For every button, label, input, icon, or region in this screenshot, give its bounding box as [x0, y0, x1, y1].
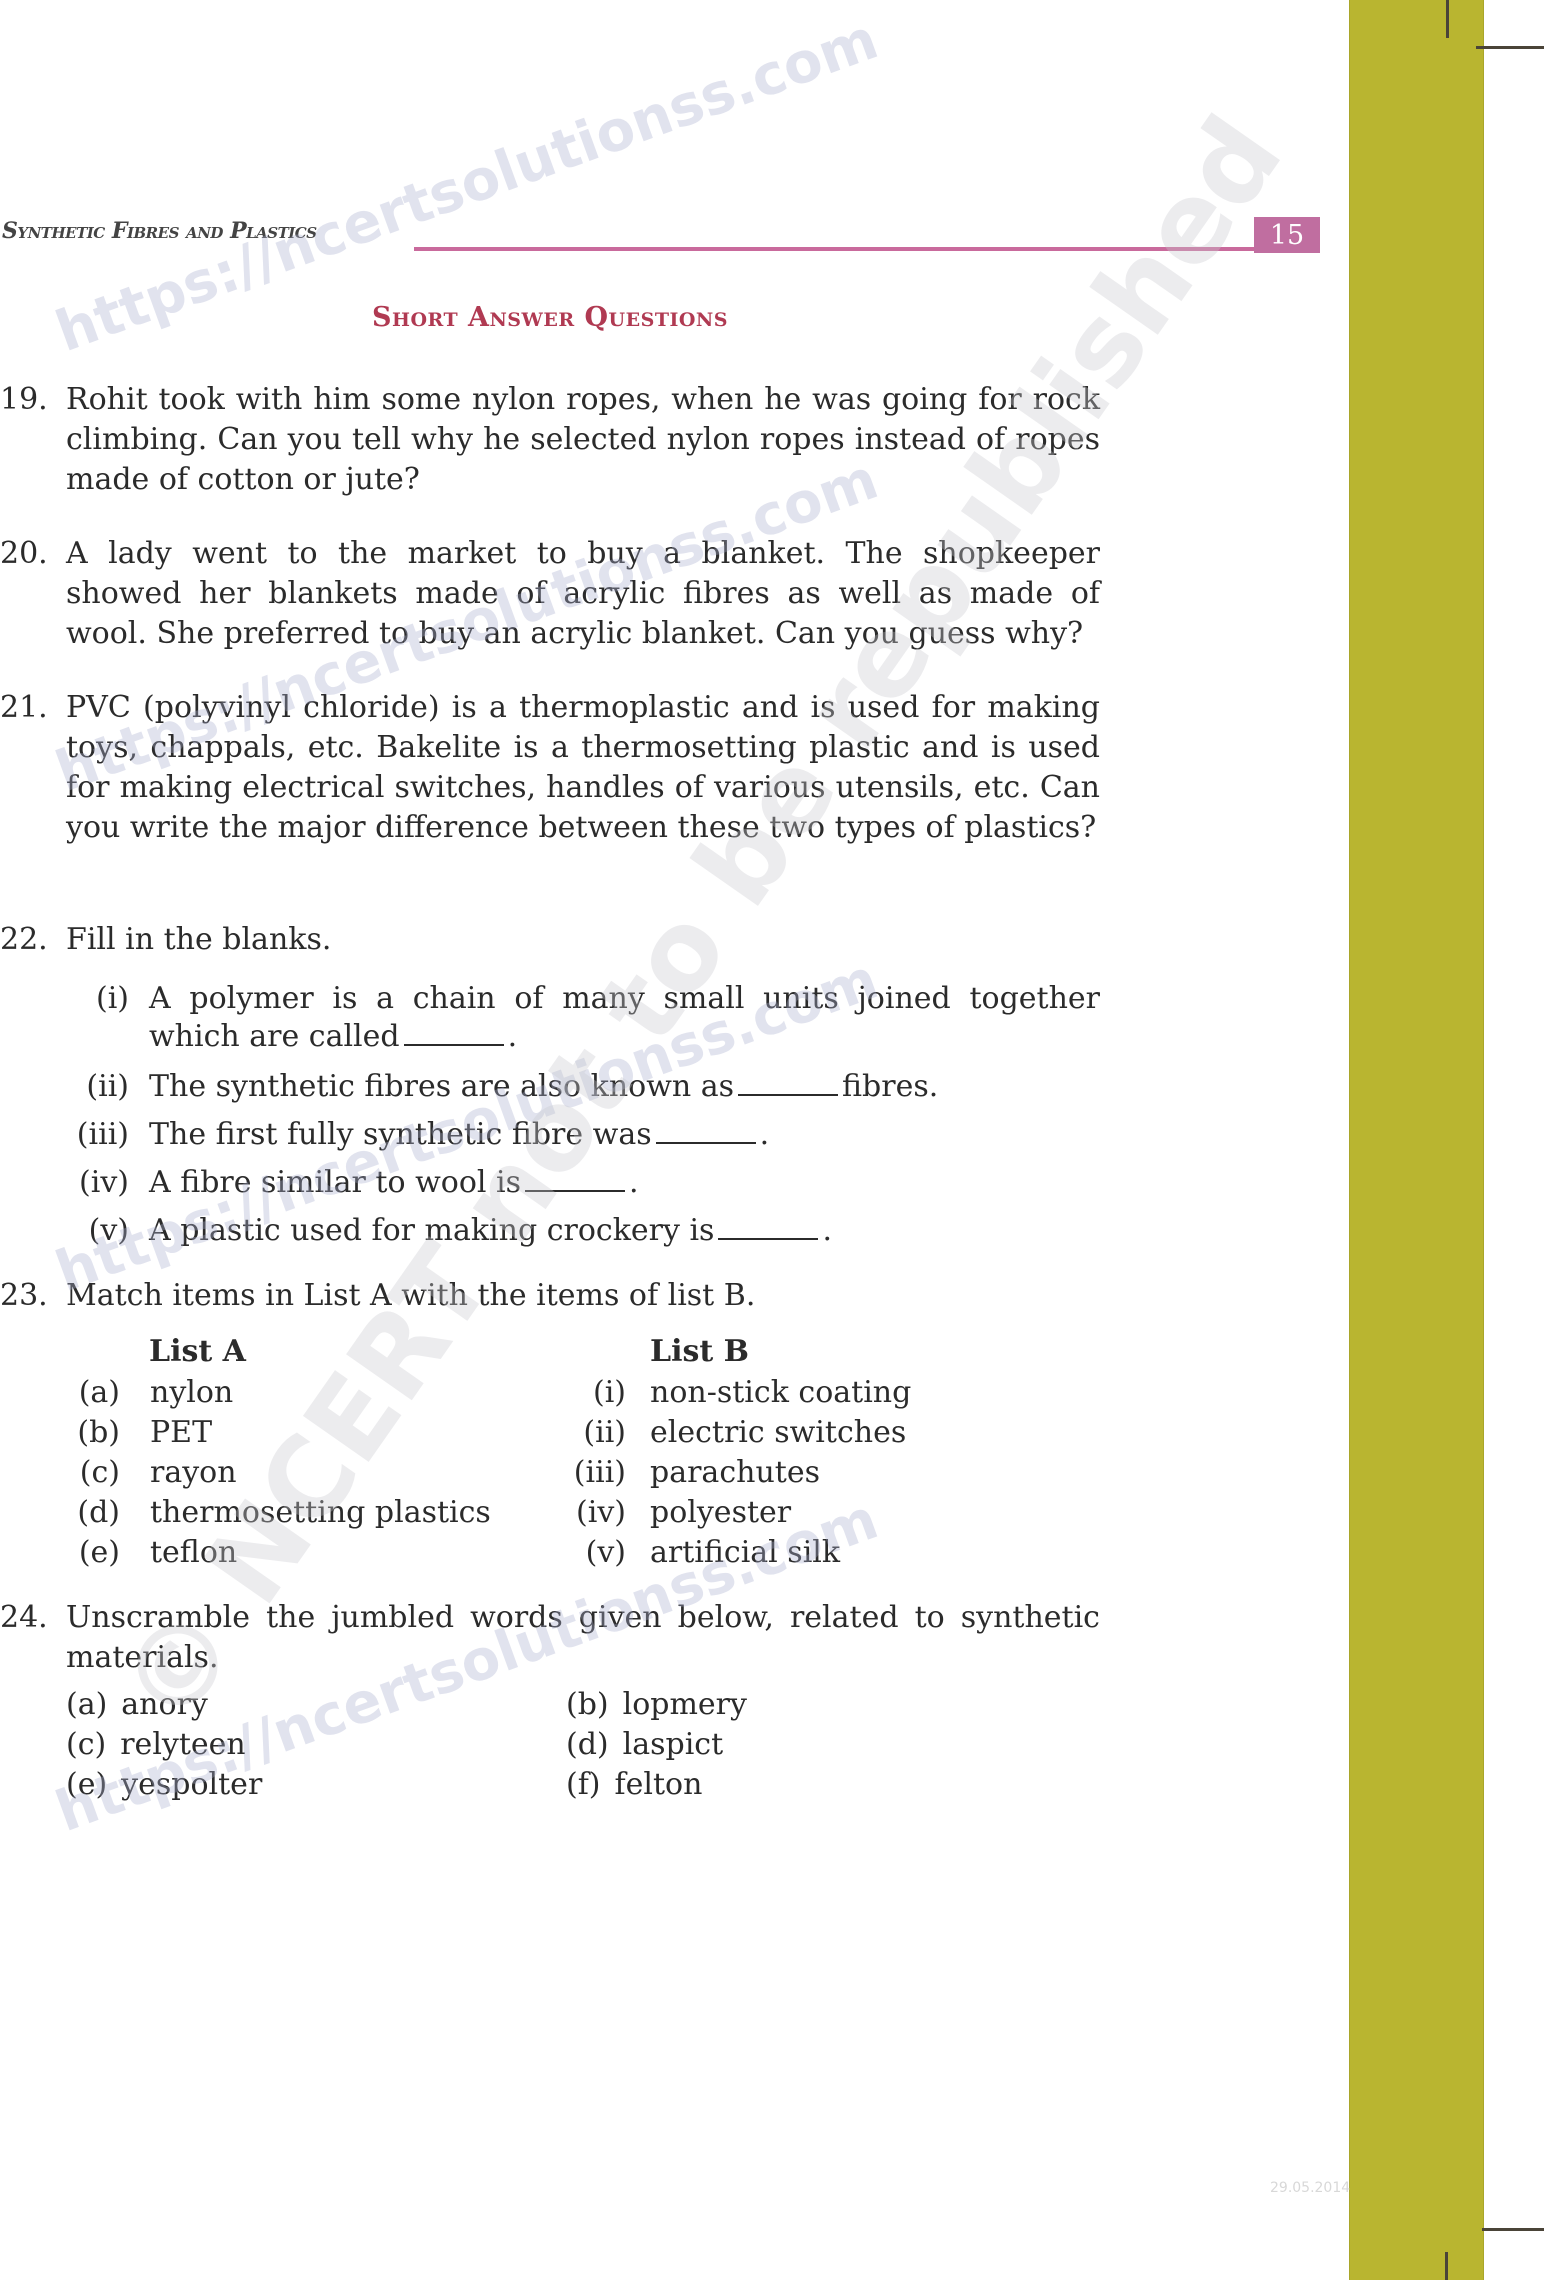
list-a-title: List A — [149, 1334, 246, 1369]
question-text: Fill in the blanks. — [66, 920, 1100, 960]
item-label: (v) — [89, 1212, 129, 1250]
list-b-item: (iv)polyester — [560, 1494, 791, 1532]
item-label: (c) — [66, 1727, 106, 1762]
item-text-end: . — [629, 1165, 639, 1200]
item-label: (iii) — [560, 1454, 626, 1492]
crop-mark — [1446, 0, 1449, 38]
question-text: A lady went to the market to buy a blank… — [66, 534, 1100, 654]
list-a-item: (d)thermosetting plastics — [70, 1494, 491, 1532]
question-text: Match items in List A with the items of … — [66, 1276, 1100, 1316]
crop-mark — [1482, 2228, 1544, 2231]
item-label: (d) — [566, 1727, 609, 1762]
page-number: 15 — [1254, 217, 1320, 253]
item-text: non-stick coating — [650, 1375, 911, 1410]
question-number: 19. — [0, 380, 48, 420]
item-label: (f) — [566, 1767, 601, 1802]
item-label: (i) — [96, 980, 129, 1018]
list-b-item: (ii)electric switches — [560, 1414, 906, 1452]
jumbled-word-item: (d)laspict — [566, 1726, 723, 1764]
item-label: (iii) — [77, 1116, 129, 1154]
question-19: 19. Rohit took with him some nylon ropes… — [0, 380, 1100, 500]
item-label: (iv) — [560, 1494, 626, 1532]
jumbled-word-item: (f)felton — [566, 1766, 702, 1804]
item-label: (d) — [70, 1494, 120, 1532]
question-number: 21. — [0, 688, 48, 728]
item-text: nylon — [150, 1375, 233, 1410]
item-label: (a) — [70, 1374, 120, 1412]
blank-line — [738, 1093, 838, 1096]
question-24: 24. Unscramble the jumbled words given b… — [0, 1598, 1100, 1678]
jumbled-word-item: (a)anory — [66, 1686, 208, 1724]
list-b-title: List B — [650, 1334, 749, 1369]
fill-blank-item: (ii) The synthetic fibres are also known… — [149, 1068, 938, 1106]
question-text: PVC (polyvinyl chloride) is a thermoplas… — [66, 688, 1100, 848]
crop-mark — [1476, 46, 1544, 49]
list-a-item: (c)rayon — [70, 1454, 237, 1492]
crop-mark — [1445, 2252, 1448, 2280]
list-b-item: (v)artificial silk — [560, 1534, 840, 1572]
fill-blank-item: (v) A plastic used for making crockery i… — [149, 1212, 832, 1250]
item-label: (i) — [560, 1374, 626, 1412]
item-text: A polymer is a chain of many small units… — [149, 981, 1100, 1054]
list-b-item: (i)non-stick coating — [560, 1374, 911, 1412]
item-text: artificial silk — [650, 1535, 840, 1570]
item-text-end: . — [760, 1117, 770, 1152]
item-label: (b) — [566, 1687, 609, 1722]
item-text-end: . — [822, 1213, 832, 1248]
question-text: Rohit took with him some nylon ropes, wh… — [66, 380, 1100, 500]
header-rule — [414, 247, 1254, 251]
question-number: 20. — [0, 534, 48, 574]
item-text: electric switches — [650, 1415, 906, 1450]
question-22: 22. Fill in the blanks. — [0, 920, 1100, 960]
item-text: parachutes — [650, 1455, 820, 1490]
item-label: (e) — [66, 1767, 107, 1802]
item-label: (iv) — [79, 1164, 129, 1202]
list-a-item: (e)teflon — [70, 1534, 237, 1572]
item-text-end: . — [508, 1019, 518, 1054]
question-text: Unscramble the jumbled words given below… — [66, 1598, 1100, 1678]
list-a-item: (a)nylon — [70, 1374, 233, 1412]
item-text: felton — [615, 1767, 703, 1802]
footer-stamp: 29.05.2014 — [1270, 2180, 1350, 2196]
jumbled-word-item: (e)yespolter — [66, 1766, 262, 1804]
item-label: (ii) — [86, 1068, 129, 1106]
jumbled-word-item: (c)relyteen — [66, 1726, 246, 1764]
question-20: 20. A lady went to the market to buy a b… — [0, 534, 1100, 654]
item-text: The first fully synthetic fibre was — [149, 1117, 652, 1152]
item-text: A plastic used for making crockery is — [149, 1213, 714, 1248]
running-title: Synthetic Fibres and Plastics — [2, 218, 317, 244]
question-21: 21. PVC (polyvinyl chloride) is a thermo… — [0, 688, 1100, 848]
question-number: 22. — [0, 920, 48, 960]
question-number: 23. — [0, 1276, 48, 1316]
item-text: The synthetic fibres are also known as — [149, 1069, 734, 1104]
item-label: (b) — [70, 1414, 120, 1452]
section-title: Short Answer Questions — [0, 302, 1100, 333]
fill-blank-item: (iv) A fibre similar to wool is. — [149, 1164, 639, 1202]
list-b-item: (iii)parachutes — [560, 1454, 820, 1492]
jumbled-word-item: (b)lopmery — [566, 1686, 747, 1724]
item-text: thermosetting plastics — [150, 1495, 491, 1530]
item-label: (a) — [66, 1687, 107, 1722]
fill-blank-item: (i) A polymer is a chain of many small u… — [149, 980, 1100, 1056]
blank-line — [656, 1141, 756, 1144]
item-text: rayon — [150, 1455, 237, 1490]
item-text: polyester — [650, 1495, 791, 1530]
item-text: relyteen — [120, 1727, 246, 1762]
item-label: (v) — [560, 1534, 626, 1572]
item-text: teflon — [150, 1535, 237, 1570]
question-number: 24. — [0, 1598, 48, 1638]
list-a-item: (b)PET — [70, 1414, 212, 1452]
item-text: anory — [121, 1687, 208, 1722]
item-label: (c) — [70, 1454, 120, 1492]
side-color-band — [1349, 0, 1484, 2280]
blank-line — [718, 1237, 818, 1240]
item-label: (ii) — [560, 1414, 626, 1452]
item-text-end: fibres. — [842, 1069, 938, 1104]
blank-line — [404, 1043, 504, 1046]
fill-blank-item: (iii) The first fully synthetic fibre wa… — [149, 1116, 769, 1154]
item-text: laspict — [623, 1727, 724, 1762]
question-23: 23. Match items in List A with the items… — [0, 1276, 1100, 1316]
item-text: lopmery — [623, 1687, 747, 1722]
item-text: PET — [150, 1415, 212, 1450]
blank-line — [525, 1189, 625, 1192]
item-text: yespolter — [121, 1767, 262, 1802]
item-label: (e) — [70, 1534, 120, 1572]
item-text: A fibre similar to wool is — [149, 1165, 521, 1200]
